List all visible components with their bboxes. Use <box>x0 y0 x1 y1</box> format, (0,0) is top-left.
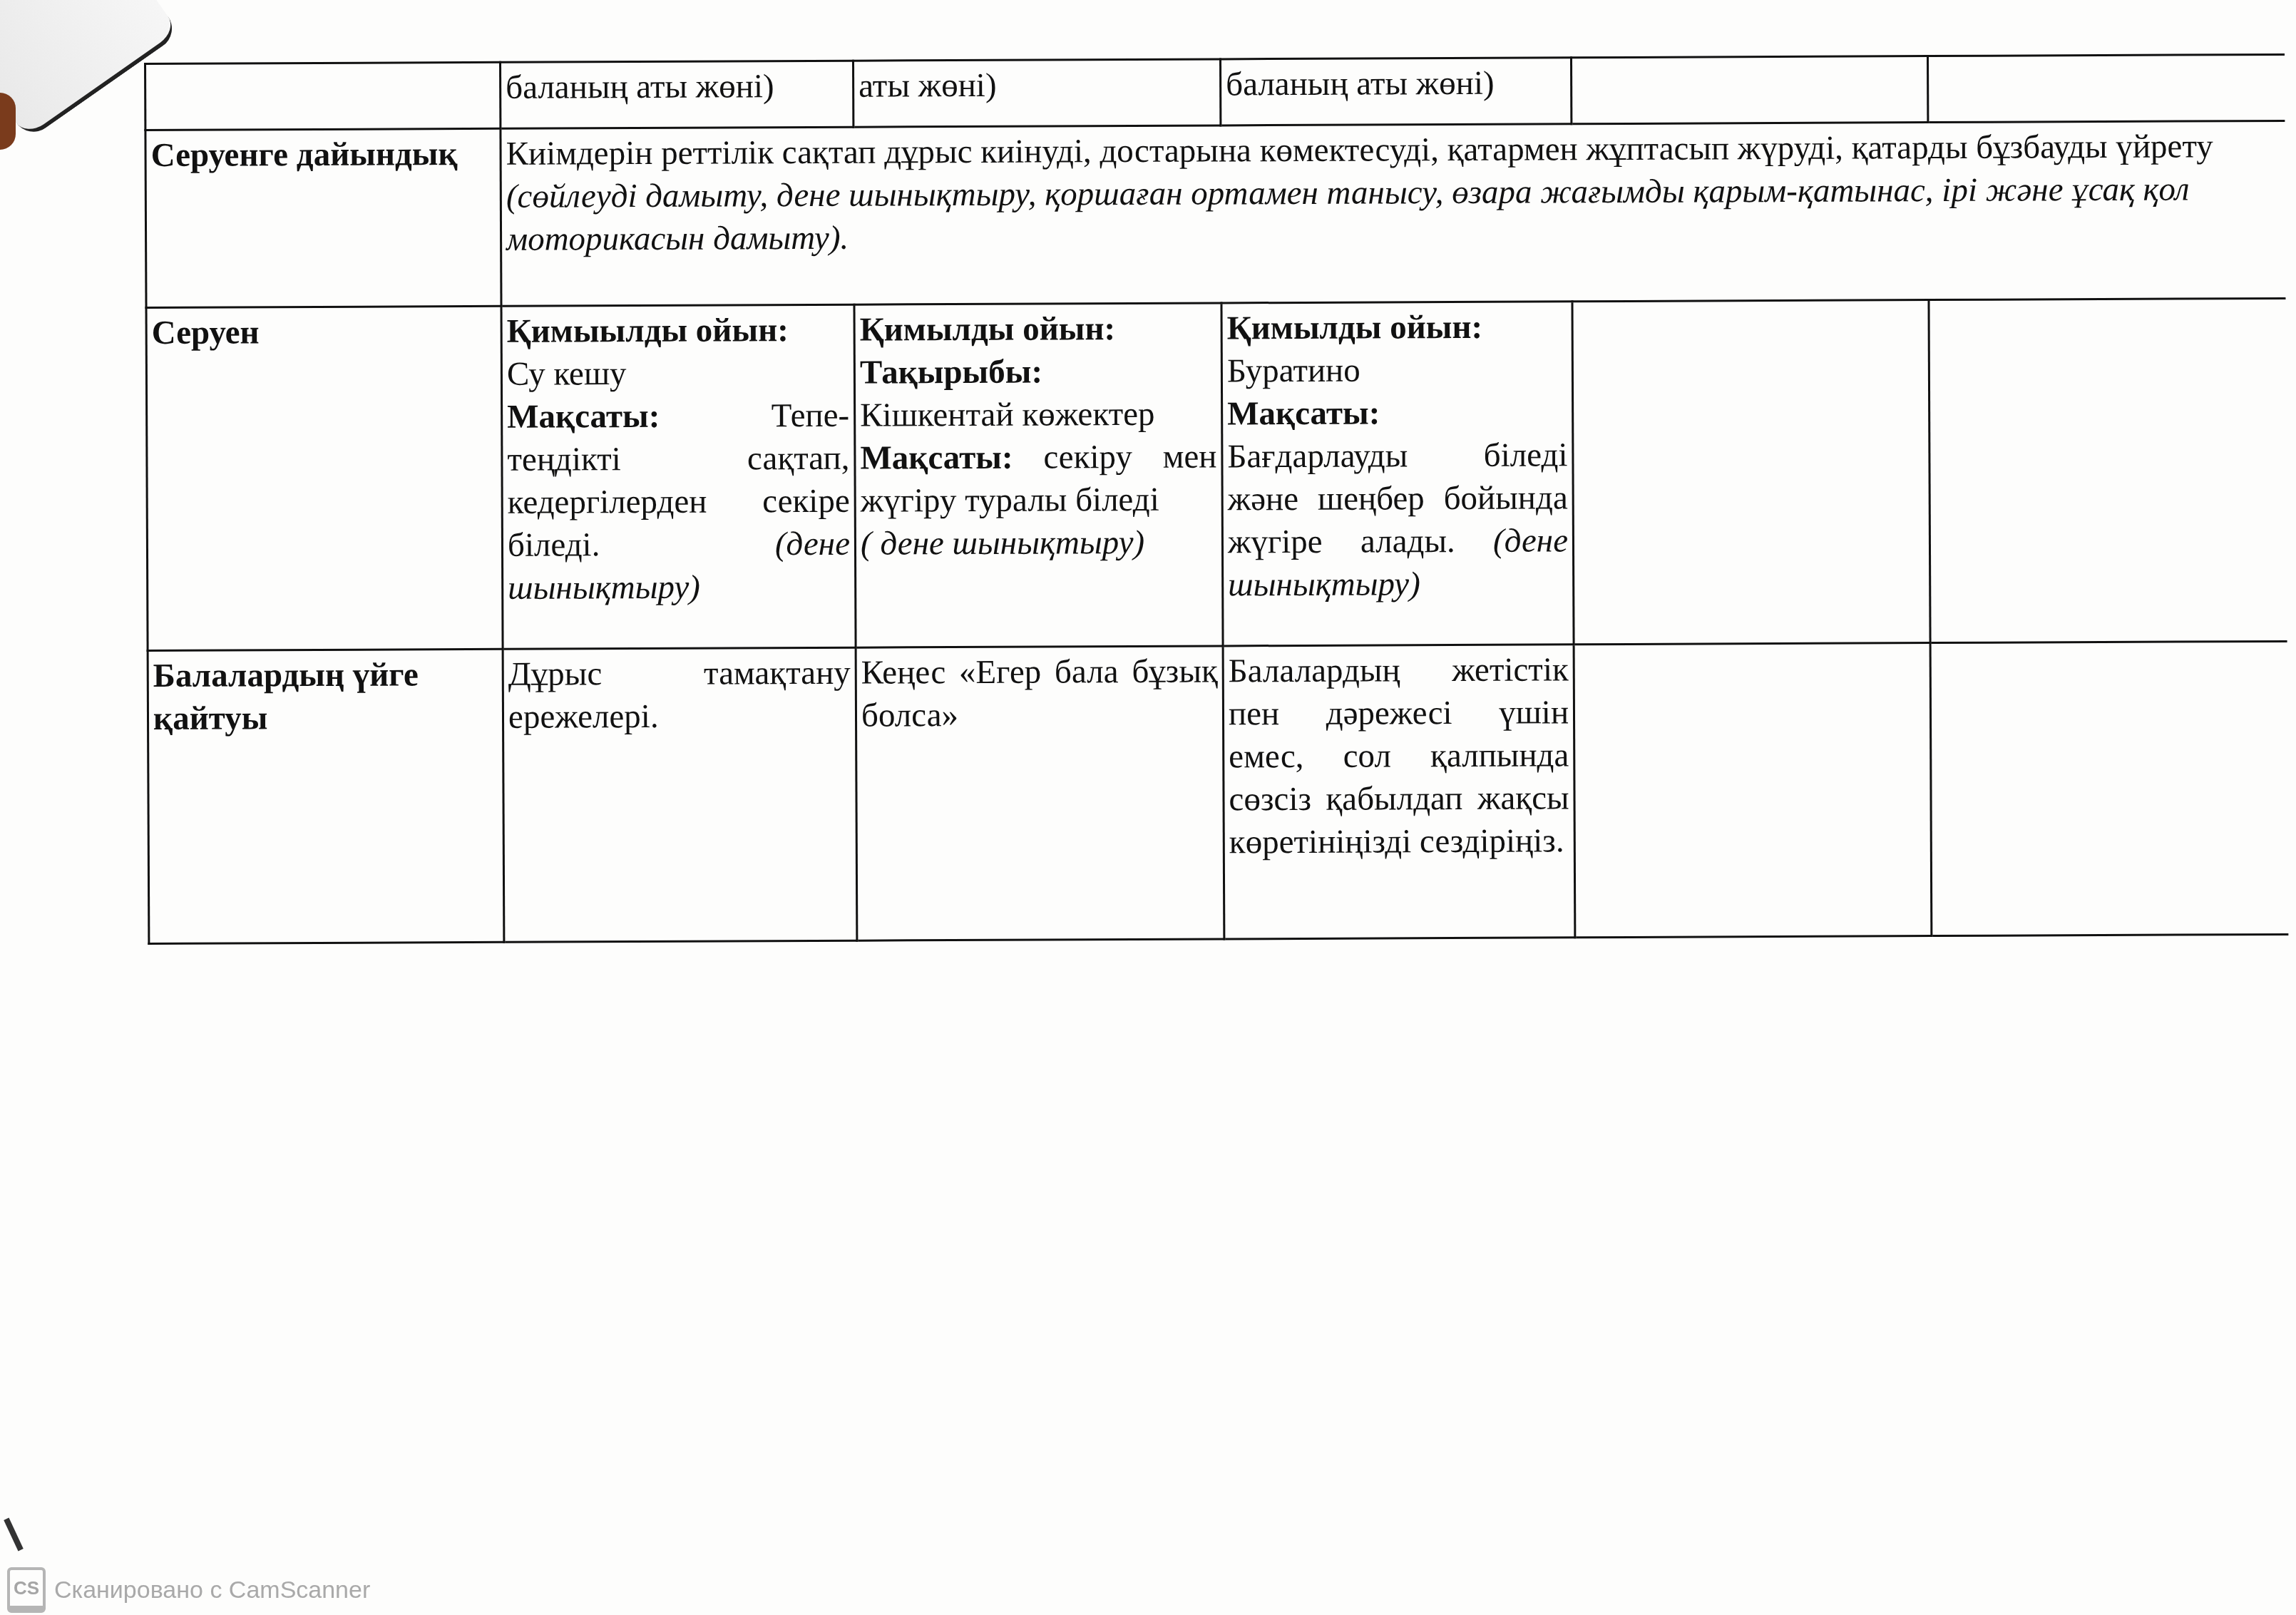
row-label <box>145 62 501 130</box>
table-cell: Қимылды ойын: Буратино Мақсаты: Бағдарла… <box>1221 302 1574 646</box>
watermark-text: Сканировано с CamScanner <box>54 1576 370 1604</box>
row-label: Серуен <box>146 306 503 650</box>
table-cell: баланың аты жөні) <box>501 61 854 128</box>
prep-skills-note: (сөйлеуді дамыту, дене шынықтыру, қоршағ… <box>506 170 2190 257</box>
game-title: Қимыылды ойын: <box>507 309 849 353</box>
table-cell: Кеңес «Егер бала бұзық болса» <box>856 646 1224 940</box>
game-title: Қимылды ойын: <box>860 307 1216 351</box>
table-row-walk: Серуен Қимыылды ойын: Су кешу Мақсаты: Т… <box>146 298 2287 650</box>
background-edge <box>0 93 16 150</box>
game-title: Қимылды ойын: <box>1227 305 1567 349</box>
table-row-going-home: Балалардың үйге қайтуы Дұрыс тамақтану е… <box>148 641 2288 943</box>
row-label: Серуенге дайындық <box>145 128 501 307</box>
goal-label: Мақсаты: <box>1227 391 1567 435</box>
table-cell: Дұрыс тамақтану ережелері. <box>503 647 857 942</box>
pen-tip-decoration <box>4 1518 24 1552</box>
table-cell <box>1927 54 2284 122</box>
game-name: Кішкентай көжектер <box>860 392 1216 436</box>
table-cell-merged: Киімдерін реттілік сақтап дұрыс киінуді,… <box>501 121 2285 306</box>
table-cell: Қимылды ойын: Тақырыбы: Кішкентай көжект… <box>854 303 1223 647</box>
table-cell: Балалардың жетістік пен дәрежесі үшін ем… <box>1223 645 1575 939</box>
prep-text: Киімдерін реттілік сақтап дұрыс киінуді,… <box>506 128 2213 172</box>
camscanner-logo-icon: CS <box>7 1567 46 1613</box>
table-row-walk-prep: Серуенге дайындық Киімдерін реттілік сақ… <box>145 121 2285 307</box>
table-cell <box>1930 641 2288 935</box>
table-row-header: баланың аты жөні) аты жөні) баланың аты … <box>145 54 2285 130</box>
game-name: Буратино <box>1227 348 1567 392</box>
goal-note: ( дене шынықтыру) <box>861 521 1217 565</box>
table-cell <box>1571 56 1927 124</box>
camscanner-watermark: CS Сканировано с CamScanner <box>7 1567 370 1613</box>
daily-plan-table: баланың аты жөні) аты жөні) баланың аты … <box>144 53 2288 945</box>
goal-label: Мақсаты: <box>507 398 660 436</box>
table-cell: баланың аты жөні) <box>1220 58 1571 125</box>
table-cell: аты жөні) <box>853 59 1220 127</box>
table-cell <box>1929 298 2287 642</box>
goal-label: Мақсаты: <box>860 439 1013 477</box>
table-cell: Қимыылды ойын: Су кешу Мақсаты: Тепе-тең… <box>501 304 856 649</box>
row-label: Балалардың үйге қайтуы <box>148 649 504 943</box>
game-name: Су кешу <box>507 352 849 396</box>
table-cell <box>1574 643 1932 938</box>
topic-label: Тақырыбы: <box>860 349 1216 394</box>
table-cell <box>1572 300 1930 645</box>
